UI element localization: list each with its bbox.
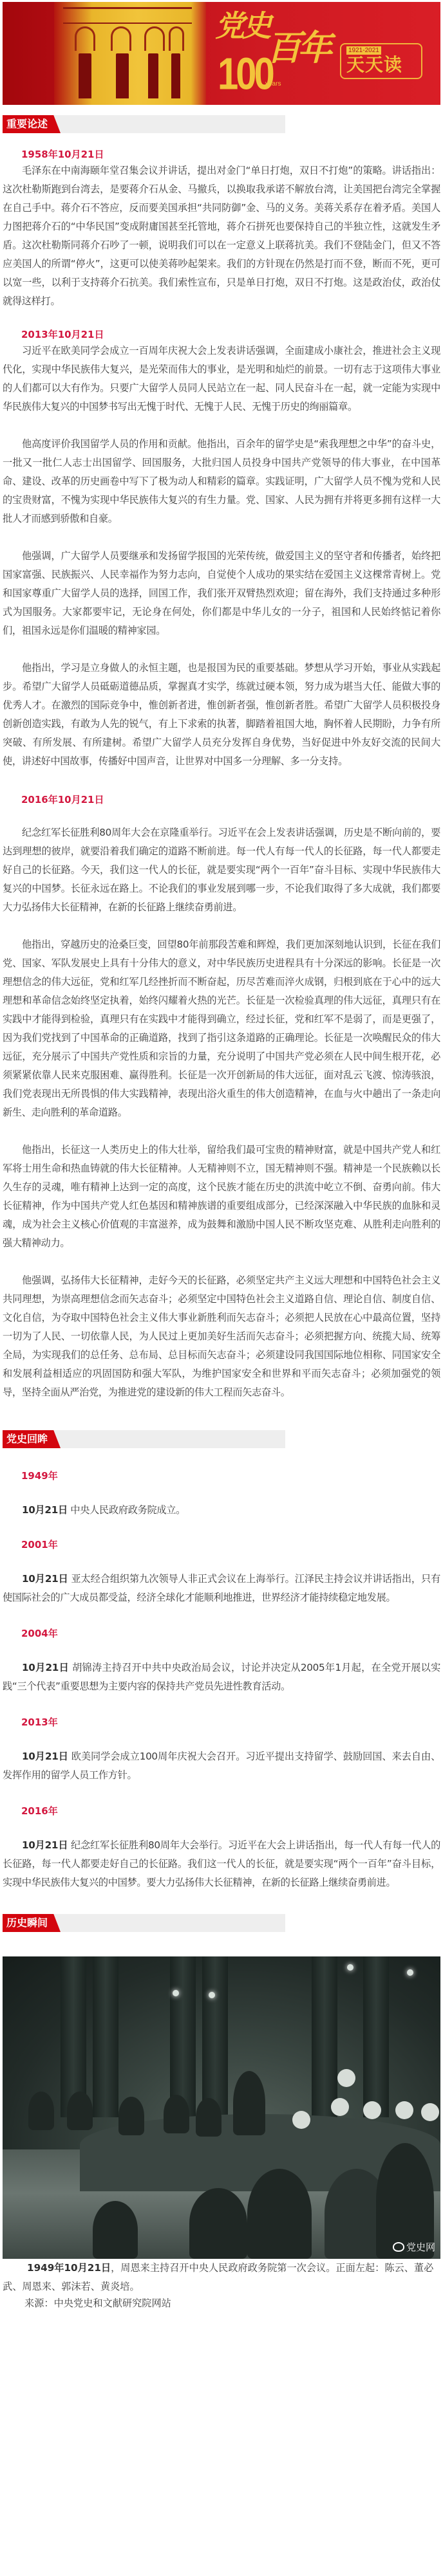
paragraph: 他高度评价我国留学人员的作用和贡献。他指出，百余年的留学史是“索我理想之中华”的… [3, 435, 440, 528]
banner-years-label: years [265, 80, 281, 87]
section-header-important-remarks: 重要论述 [3, 115, 285, 133]
banner-building-illustration [54, 2, 206, 105]
year-heading: 2001年 [3, 1538, 440, 1552]
section-tab: 历史瞬间 [3, 1914, 61, 1932]
year-heading: 2013年 [3, 1715, 440, 1729]
paragraph: 毛泽东在中南海颐年堂召集会议并讲话，提出对金门“单日打炮，双日不打炮”的策略。讲… [3, 161, 440, 311]
section-header-historic-moment: 历史瞬间 [3, 1914, 285, 1932]
paragraph: 他强调，广大留学人员要继承和发扬留学报国的光荣传统，做爱国主义的坚守者和传播者，… [3, 547, 440, 640]
timeline-item: 10月21日 胡锦涛主持召开中共中央政治局会议，讨论并决定从2005年1月起，在… [3, 1659, 440, 1696]
banner-bainian: 百年 [267, 30, 328, 65]
year-heading: 2004年 [3, 1626, 440, 1641]
banner-calligraphy-title: 党史 [215, 11, 269, 41]
timeline-item: 10月21日 欧美同学会成立100周年庆祝大会召开。习近平提出支持留学、鼓励回国… [3, 1747, 440, 1785]
paragraph: 他指出，穿越历史的沧桑巨变，回望80年前那段苦难和辉煌，我们更加深刻地认识到，长… [3, 935, 440, 1122]
header-banner: 党史 100 years 百年 1921-2021 天天读 [3, 2, 440, 105]
timeline-item: 10月21日 中央人民政府政务院成立。 [3, 1501, 440, 1520]
photo-caption: 1949年10月21日，周恩来主持召开中央人民政府政务院第一次会议。正面左起：陈… [3, 2259, 440, 2296]
section-header-party-history-review: 党史回眸 [3, 1430, 285, 1448]
paragraph: 他强调，弘扬伟大长征精神，走好今天的长征路，必须坚定共产主义远大理想和中国特色社… [3, 1271, 440, 1402]
timeline-item: 10月21日 亚太经合组织第九次领导人非正式会议在上海举行。江泽民主持会议并讲话… [3, 1570, 440, 1607]
banner-100: 100 [218, 52, 272, 97]
article-page: 党史 100 years 百年 1921-2021 天天读 重要论述 1958年… [0, 0, 443, 2310]
photo-watermark: 党史网 [393, 2240, 435, 2254]
paragraph: 他指出，学习是立身做人的永恒主题，也是报国为民的重要基础。梦想从学习开始，事业从… [3, 659, 440, 771]
entry-date: 2013年10月21日 [3, 327, 440, 342]
entry-date: 1958年10月21日 [3, 147, 440, 161]
historic-photo: 党史网 [3, 1956, 440, 2259]
year-heading: 2016年 [3, 1804, 440, 1818]
year-heading: 1949年 [3, 1469, 440, 1483]
timeline-item: 10月21日 纪念红军长征胜利80周年大会举行。习近平在大会上讲话指出，每一代人… [3, 1836, 440, 1892]
section-tab: 重要论述 [3, 115, 61, 133]
source-credit: 来源：中央党史和文献研究院网站 [3, 2296, 440, 2310]
weibo-icon [393, 2242, 404, 2252]
section-tab: 党史回眸 [3, 1430, 61, 1448]
paragraph: 他指出，长征这一人类历史上的伟大壮举，留给我们最可宝贵的精神财富，就是中国共产党… [3, 1141, 440, 1253]
paragraph: 习近平在欧美同学会成立一百周年庆祝大会上发表讲话强调，全面建成小康社会，推进社会… [3, 342, 440, 416]
banner-badge: 1921-2021 天天读 [340, 43, 422, 79]
badge-text: 天天读 [346, 56, 402, 74]
entry-date: 2016年10月21日 [3, 793, 440, 807]
paragraph: 纪念红军长征胜利80周年大会在京隆重举行。习近平在会上发表讲话强调，历史是不断向… [3, 823, 440, 917]
